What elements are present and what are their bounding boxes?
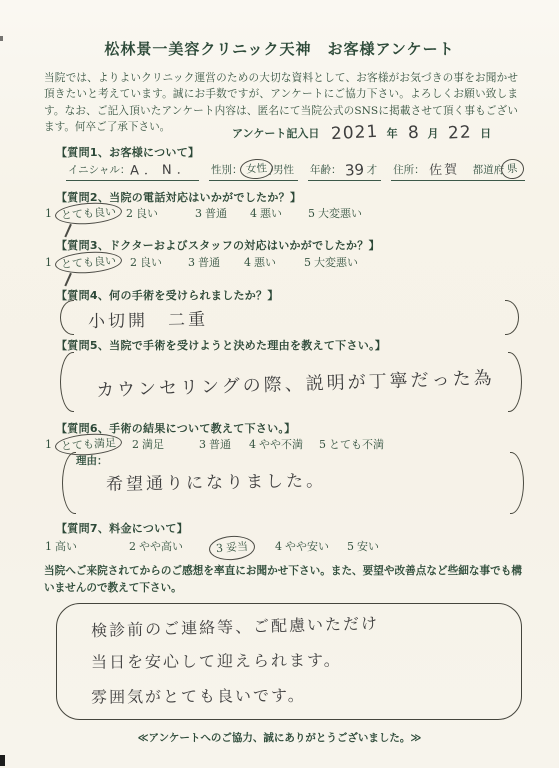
age-field: 年齢： 39 才	[308, 159, 381, 181]
q6-right-paren	[510, 452, 524, 514]
q3-option-1: 1とても良い	[45, 254, 130, 271]
prefecture-selected-circle: 県	[500, 158, 524, 180]
age-value: 39	[344, 160, 364, 179]
q3-option-3: 3普通	[188, 254, 244, 271]
q6-options: 1とても満足 2満足 3普通 4やや不満 5とても不満	[45, 436, 535, 453]
page-title: 松林景一美容クリニック天神 お客様アンケート	[0, 38, 559, 59]
q6-option-4: 4やや不満	[249, 436, 319, 453]
q7-selected-circle: 3妥当	[208, 534, 256, 561]
survey-scan-page: 松林景一美容クリニック天神 お客様アンケート 当院では、よりよいクリニック運営の…	[0, 0, 559, 768]
q6-option-5: 5とても不満	[319, 436, 384, 453]
q5-header: 【質問5、当院で手術を受けようと決めた理由を教えて下さい。】	[56, 337, 386, 353]
date-label: アンケート記入日	[232, 125, 319, 141]
feedback-line-3: 雰囲気がとても良いです。	[91, 681, 491, 707]
address-suffix-tail: 県	[507, 163, 518, 176]
q6-left-paren	[62, 452, 76, 514]
q4-header: 【質問4、何の手術を受けられましたか？】	[56, 287, 279, 303]
feedback-prompt: 当院へご来院されてからのご感想を率直にお聞かせ下さい。また、要望や改善点など些細…	[44, 563, 522, 596]
q7-options: 1高い 2やや高い 3妥当 4やや安い 5安い	[45, 538, 535, 558]
q4-right-paren	[505, 300, 519, 335]
footer-thanks: ≪アンケートへのご協力、誠にありがとうございました。≫	[0, 730, 559, 745]
q5-right-paren	[508, 352, 522, 412]
day-unit: 日	[480, 125, 491, 141]
q3-selected-circle: とても良い	[54, 250, 122, 276]
q2-option-2: 2良い	[126, 205, 195, 222]
q3-option-4: 4悪い	[244, 254, 304, 271]
age-unit: 才	[367, 162, 378, 177]
feedback-handwriting: 検診前のご連絡等、ご配慮いただけ 当日を安心して迎えられます。 雰囲気がとても良…	[91, 613, 491, 718]
initial-value: A．N．	[130, 158, 195, 178]
q2-option-1: 1とても良い	[45, 205, 126, 222]
month-unit: 月	[427, 125, 438, 141]
q3-option-2: 2良い	[130, 254, 188, 271]
date-year-value: 2021	[331, 122, 379, 144]
q7-option-4: 4やや安い	[275, 538, 347, 558]
q7-header: 【質問7、料金について】	[56, 520, 188, 536]
q2-option-3: 3普通	[195, 205, 250, 222]
gender-selected-circle: 女性	[239, 158, 273, 180]
q6-option-1: 1とても満足	[45, 436, 132, 453]
address-value: 佐賀	[428, 158, 459, 178]
q3-options: 1とても良い 2良い 3普通 4悪い 5大変悪い	[45, 254, 535, 271]
q2-options: 1とても良い 2良い 3普通 4悪い 5大変悪い	[45, 205, 535, 222]
year-unit: 年	[387, 125, 398, 141]
gender-field: 性別： 女性 / 男性	[209, 161, 298, 181]
q6-option-2: 2満足	[132, 436, 199, 453]
date-month-value: 8	[407, 123, 420, 144]
scan-artifact	[0, 755, 5, 766]
q1-fields: イニシャル： A．N． 性別： 女性 / 男性 年齢： 39 才 住所： 佐賀 …	[66, 158, 525, 181]
q7-option-2: 2やや高い	[129, 538, 212, 558]
q3-option-5: 5大変悪い	[304, 254, 358, 271]
address-label: 住所：	[393, 162, 425, 177]
feedback-line-2: 当日を安心して迎えられます。	[91, 646, 491, 672]
q7-option-5: 5安い	[347, 538, 379, 558]
q3-header: 【質問3、ドクターおよびスタッフの対応はいかがでしたか？】	[56, 237, 380, 253]
q6-option-3: 3普通	[199, 436, 249, 453]
age-label: 年齢：	[310, 162, 342, 177]
feedback-box: 検診前のご連絡等、ご配慮いただけ 当日を安心して迎えられます。 雰囲気がとても良…	[56, 603, 522, 720]
q5-answer: カウンセリングの際、説明が丁寧だった為	[96, 364, 495, 403]
gender-female: 女性	[245, 162, 267, 175]
gender-male: 男性	[273, 162, 294, 177]
q2-option-4: 4悪い	[250, 205, 308, 222]
address-suffix-head: 都道府	[473, 162, 505, 177]
initial-field: イニシャル： A．N．	[66, 158, 199, 181]
gender-label: 性別：	[211, 162, 243, 177]
scan-artifact	[0, 36, 3, 41]
q5-left-paren	[60, 352, 74, 412]
q7-option-1: 1高い	[45, 538, 129, 558]
q4-left-paren	[60, 300, 74, 335]
q6-reason-value: 希望通りになりました。	[106, 466, 326, 495]
date-day-value: 22	[448, 122, 473, 143]
q7-option-3: 3妥当	[212, 538, 269, 558]
q2-selected-circle: とても良い	[54, 201, 122, 227]
feedback-line-1: 検診前のご連絡等、ご配慮いただけ	[91, 608, 491, 641]
q6-reason-label: 理由：	[76, 453, 108, 468]
q4-answer: 小切開 二重	[88, 305, 208, 332]
q2-option-5: 5大変悪い	[308, 205, 362, 222]
initial-label: イニシャル：	[68, 162, 130, 177]
address-field: 住所： 佐賀 都道府 県	[391, 158, 525, 181]
date-line: アンケート記入日 2021 年 8 月 22 日	[232, 121, 501, 141]
